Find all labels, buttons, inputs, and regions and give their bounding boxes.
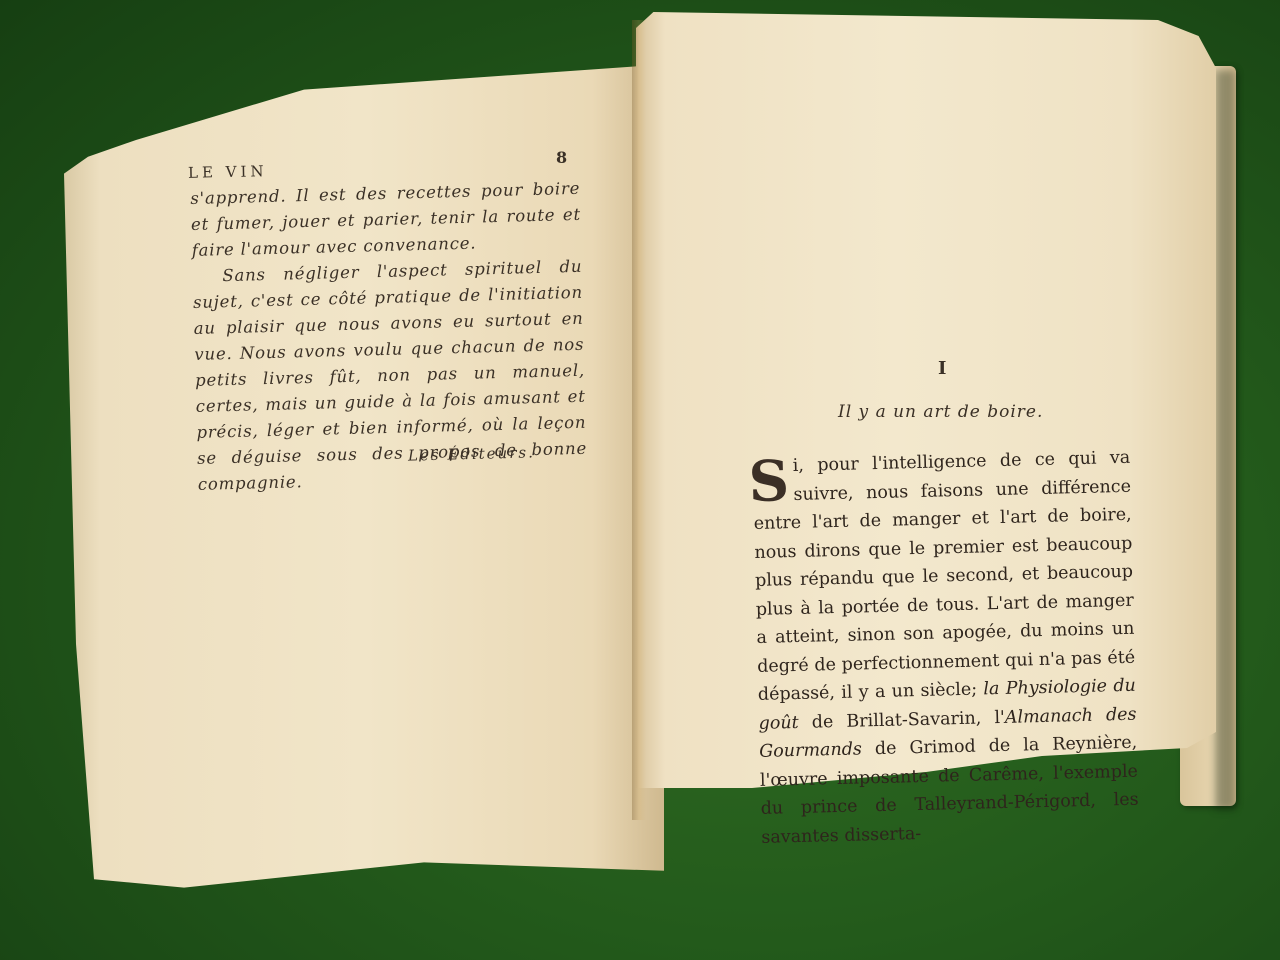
- page-number: 8: [556, 148, 567, 167]
- text-run: de Brillat-Savarin, l': [798, 707, 1005, 732]
- chapter-title: Il y a un art de boire.: [838, 402, 1043, 422]
- book-gutter: [632, 20, 646, 820]
- signature: Les Éditeurs.: [408, 443, 535, 464]
- page-shadow: [1215, 70, 1235, 810]
- paragraph: Si, pour l'intelligence de ce qui va sui…: [752, 444, 1140, 852]
- paragraph: s'apprend. Il est des recettes pour boir…: [190, 176, 582, 264]
- text-run: i, pour l'intelligence de ce qui va suiv…: [753, 448, 1135, 705]
- right-page-body: Si, pour l'intelligence de ce qui va sui…: [752, 444, 1140, 852]
- running-head: LE VIN: [188, 162, 268, 182]
- drop-cap: S: [748, 458, 790, 505]
- chapter-number: I: [938, 358, 946, 379]
